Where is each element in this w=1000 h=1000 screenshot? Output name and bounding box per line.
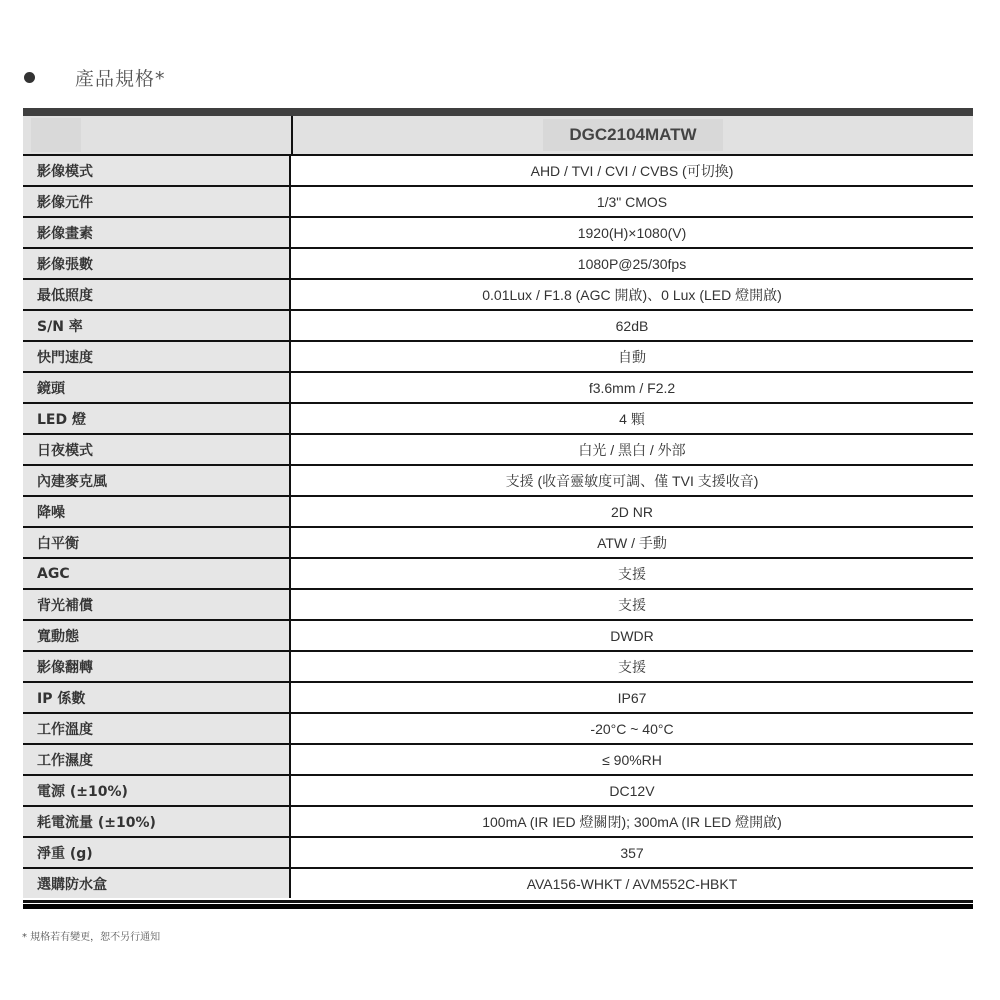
spec-value: 支援 (收音靈敏度可調、僅 TVI 支援收音)	[291, 466, 973, 495]
spec-value: ≤ 90%RH	[291, 745, 973, 774]
table-top-bar	[23, 108, 973, 116]
section-heading: 產品規格*	[24, 62, 166, 92]
spec-label: 降噪	[23, 497, 291, 526]
spec-label: 工作溫度	[23, 714, 291, 743]
table-row: 選購防水盒AVA156-WHKT / AVM552C-HBKT	[23, 869, 973, 898]
spec-value: 4 顆	[291, 404, 973, 433]
table-row: 耗電流量 (±10%)100mA (IR IED 燈關閉); 300mA (IR…	[23, 807, 973, 838]
spec-value: DC12V	[291, 776, 973, 805]
spec-label: 選購防水盒	[23, 869, 291, 898]
spec-label: 日夜模式	[23, 435, 291, 464]
spec-label: 白平衡	[23, 528, 291, 557]
spec-label: 影像畫素	[23, 218, 291, 247]
spec-value: f3.6mm / F2.2	[291, 373, 973, 402]
spec-value: 0.01Lux / F1.8 (AGC 開啟)、0 Lux (LED 燈開啟)	[291, 280, 973, 309]
table-row: 最低照度0.01Lux / F1.8 (AGC 開啟)、0 Lux (LED 燈…	[23, 280, 973, 311]
spec-label: 快門速度	[23, 342, 291, 371]
spec-value: 100mA (IR IED 燈關閉); 300mA (IR LED 燈開啟)	[291, 807, 973, 836]
spec-label: 電源 (±10%)	[23, 776, 291, 805]
table-row: 電源 (±10%)DC12V	[23, 776, 973, 807]
table-row: 寬動態DWDR	[23, 621, 973, 652]
table-row: 工作溫度-20°C ~ 40°C	[23, 714, 973, 745]
table-row: 工作濕度≤ 90%RH	[23, 745, 973, 776]
table-row: 日夜模式白光 / 黑白 / 外部	[23, 435, 973, 466]
header-model-cell: DGC2104MATW	[293, 116, 973, 154]
table-body: 影像模式AHD / TVI / CVI / CVBS (可切換)影像元件1/3"…	[23, 156, 973, 898]
table-row: 影像翻轉支援	[23, 652, 973, 683]
table-bottom-bar	[23, 904, 973, 909]
spec-value: 1/3" CMOS	[291, 187, 973, 216]
spec-value: AHD / TVI / CVI / CVBS (可切換)	[291, 156, 973, 185]
footnote: * 規格若有變更，恕不另行通知	[22, 928, 160, 943]
spec-value: 支援	[291, 652, 973, 681]
spec-label: S/N 率	[23, 311, 291, 340]
table-row: 內建麥克風支援 (收音靈敏度可調、僅 TVI 支援收音)	[23, 466, 973, 497]
table-row: 影像模式AHD / TVI / CVI / CVBS (可切換)	[23, 156, 973, 187]
table-row: AGC支援	[23, 559, 973, 590]
table-row: 白平衡ATW / 手動	[23, 528, 973, 559]
table-row: LED 燈4 顆	[23, 404, 973, 435]
spec-label: 淨重 (g)	[23, 838, 291, 867]
spec-value: 62dB	[291, 311, 973, 340]
spec-label: 內建麥克風	[23, 466, 291, 495]
table-row: 降噪2D NR	[23, 497, 973, 528]
spec-label: 寬動態	[23, 621, 291, 650]
spec-value: 2D NR	[291, 497, 973, 526]
section-title: 產品規格*	[75, 64, 166, 91]
table-row: 鏡頭f3.6mm / F2.2	[23, 373, 973, 404]
spec-label: 影像元件	[23, 187, 291, 216]
spec-label: LED 燈	[23, 404, 291, 433]
spec-value: 1080P@25/30fps	[291, 249, 973, 278]
spec-value: 357	[291, 838, 973, 867]
spec-value: 1920(H)×1080(V)	[291, 218, 973, 247]
spec-label: 工作濕度	[23, 745, 291, 774]
table-row: 淨重 (g)357	[23, 838, 973, 869]
spec-table: DGC2104MATW 影像模式AHD / TVI / CVI / CVBS (…	[23, 108, 973, 909]
model-name: DGC2104MATW	[543, 119, 722, 151]
spec-label: IP 係數	[23, 683, 291, 712]
spec-value: AVA156-WHKT / AVM552C-HBKT	[291, 869, 973, 898]
spec-label: 影像模式	[23, 156, 291, 185]
spec-value: 支援	[291, 559, 973, 588]
table-row: 背光補償支援	[23, 590, 973, 621]
spec-value: 支援	[291, 590, 973, 619]
spec-label: AGC	[23, 559, 291, 588]
spec-label: 背光補償	[23, 590, 291, 619]
spec-value: DWDR	[291, 621, 973, 650]
spec-value: IP67	[291, 683, 973, 712]
table-row: 影像元件1/3" CMOS	[23, 187, 973, 218]
spec-value: ATW / 手動	[291, 528, 973, 557]
spec-value: -20°C ~ 40°C	[291, 714, 973, 743]
spec-label: 影像翻轉	[23, 652, 291, 681]
spec-label: 影像張數	[23, 249, 291, 278]
table-bottom-rule	[23, 900, 973, 903]
table-row: S/N 率62dB	[23, 311, 973, 342]
spec-label: 耗電流量 (±10%)	[23, 807, 291, 836]
table-row: 影像畫素1920(H)×1080(V)	[23, 218, 973, 249]
table-header-row: DGC2104MATW	[23, 116, 973, 156]
spec-value: 自動	[291, 342, 973, 371]
spec-label: 最低照度	[23, 280, 291, 309]
table-row: IP 係數IP67	[23, 683, 973, 714]
header-label-cell	[23, 116, 293, 154]
bullet-icon	[24, 72, 35, 83]
spec-label: 鏡頭	[23, 373, 291, 402]
table-row: 快門速度自動	[23, 342, 973, 373]
table-row: 影像張數1080P@25/30fps	[23, 249, 973, 280]
spec-value: 白光 / 黑白 / 外部	[291, 435, 973, 464]
